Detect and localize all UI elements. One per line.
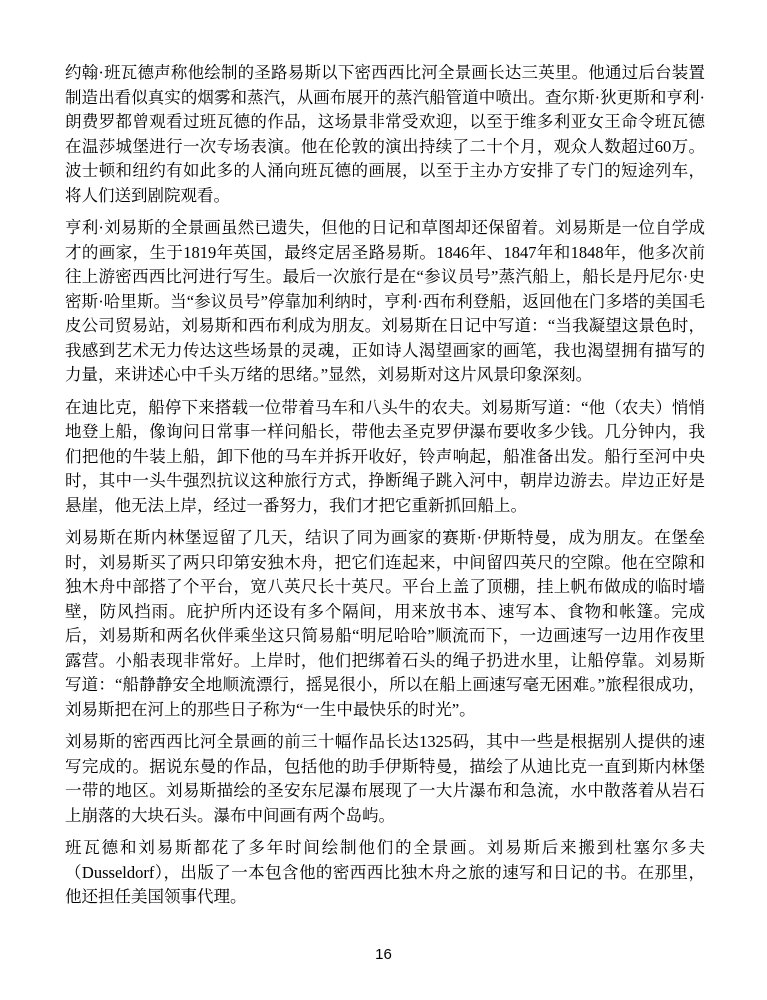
paragraph-dubuque-farmer: 在迪比克，船停下来搭载一位带着马车和八头牛的农夫。刘易斯写道：“他（农夫）悄悄地…	[65, 396, 705, 519]
paragraph-fort-snelling-canoe: 刘易斯在斯内林堡逗留了几天，结识了同为画家的赛斯·伊斯特曼，成为朋友。在堡垒时，…	[65, 526, 705, 722]
page-number: 16	[0, 946, 767, 963]
document-page: 约翰·班瓦德声称他绘制的圣路易斯以下密西西比河全景画长达三英里。他通过后台装置制…	[0, 0, 767, 1000]
paragraph-panorama-length: 刘易斯的密西西比河全景画的前三十幅作品长达1325码，其中一些是根据别人提供的速…	[65, 730, 705, 828]
text-content: 约翰·班瓦德声称他绘制的圣路易斯以下密西西比河全景画长达三英里。他通过后台装置制…	[65, 61, 705, 918]
paragraph-banvard-panorama: 约翰·班瓦德声称他绘制的圣路易斯以下密西西比河全景画长达三英里。他通过后台装置制…	[65, 61, 705, 208]
paragraph-dusseldorf: 班瓦德和刘易斯都花了多年时间绘制他们的全景画。刘易斯后来搬到杜塞尔多夫（Duss…	[65, 836, 705, 910]
paragraph-lewis-diary: 亨利·刘易斯的全景画虽然已遗失，但他的日记和草图却还保留着。刘易斯是一位自学成才…	[65, 216, 705, 388]
